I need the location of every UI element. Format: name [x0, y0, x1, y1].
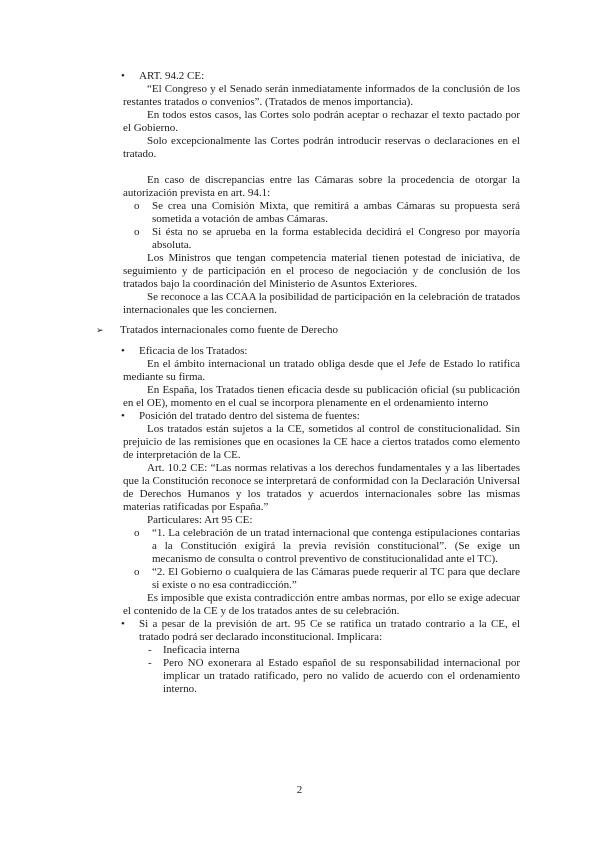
bullet-item-text: Si a pesar de la previsión de art. 95 Ce… [139, 618, 520, 644]
section-heading: ➢ Tratados internacionales como fuente d… [96, 324, 520, 337]
dash-item: - Ineficacia interna [148, 644, 520, 657]
sub-bullet-item-text: Si ésta no se aprueba en la forma establ… [152, 226, 520, 252]
bullet-icon: • [121, 70, 139, 83]
bullet-icon: • [121, 345, 139, 358]
paragraph: Solo excepcionalmente las Cortes podrán … [123, 135, 520, 161]
sub-bullet-item: o Se crea una Comisión Mixta, que remiti… [134, 200, 520, 226]
bullet-item: • Posición del tratado dentro del sistem… [121, 410, 520, 423]
paragraph: Se reconoce a las CCAA la posibilidad de… [123, 291, 520, 317]
circle-bullet-icon: o [134, 566, 152, 592]
dash-item-text: Pero NO exonerara al Estado español de s… [163, 657, 520, 696]
dash-bullet-icon: - [148, 657, 163, 696]
circle-bullet-icon: o [134, 200, 152, 226]
circle-bullet-icon: o [134, 226, 152, 252]
bullet-item: • Eficacia de los Tratados: [121, 345, 520, 358]
paragraph: Es imposible que exista contradicción en… [123, 592, 520, 618]
bullet-item: • ART. 94.2 CE: [121, 70, 520, 83]
document-body: • ART. 94.2 CE: “El Congreso y el Senado… [96, 70, 520, 696]
paragraph: En el ámbito internacional un tratado ob… [123, 358, 520, 384]
paragraph: En caso de discrepancias entre las Cámar… [123, 174, 520, 200]
arrow-bullet-icon: ➢ [96, 324, 120, 337]
bullet-icon: • [121, 618, 139, 644]
sub-bullet-item-text: “1. La celebración de un tratad internac… [152, 527, 520, 566]
sub-bullet-item-text: Se crea una Comisión Mixta, que remitirá… [152, 200, 520, 226]
paragraph: Los tratados están sujetos a la CE, some… [123, 423, 520, 462]
paragraph: En España, los Tratados tienen eficacia … [123, 384, 520, 410]
sub-bullet-item: o “2. El Gobierno o cualquiera de las Cá… [134, 566, 520, 592]
dash-bullet-icon: - [148, 644, 163, 657]
paragraph: En todos estos casos, las Cortes solo po… [123, 109, 520, 135]
document-page: • ART. 94.2 CE: “El Congreso y el Senado… [0, 0, 599, 848]
dash-item: - Pero NO exonerara al Estado español de… [148, 657, 520, 696]
paragraph: Los Ministros que tengan competencia mat… [123, 252, 520, 291]
bullet-item-text: Eficacia de los Tratados: [139, 345, 520, 358]
circle-bullet-icon: o [134, 527, 152, 566]
bullet-item: • Si a pesar de la previsión de art. 95 … [121, 618, 520, 644]
sub-bullet-item: o “1. La celebración de un tratad intern… [134, 527, 520, 566]
sub-bullet-item-text: “2. El Gobierno o cualquiera de las Cáma… [152, 566, 520, 592]
paragraph: Art. 10.2 CE: “Las normas relativas a lo… [123, 462, 520, 514]
bullet-icon: • [121, 410, 139, 423]
paragraph: “El Congreso y el Senado serán inmediata… [123, 83, 520, 109]
bullet-item-text: Posición del tratado dentro del sistema … [139, 410, 520, 423]
section-heading-text: Tratados internacionales como fuente de … [120, 324, 520, 337]
sub-bullet-item: o Si ésta no se aprueba en la forma esta… [134, 226, 520, 252]
bullet-item-text: ART. 94.2 CE: [139, 70, 520, 83]
dash-item-text: Ineficacia interna [163, 644, 520, 657]
paragraph: Particulares: Art 95 CE: [123, 514, 520, 527]
page-number: 2 [0, 784, 599, 797]
